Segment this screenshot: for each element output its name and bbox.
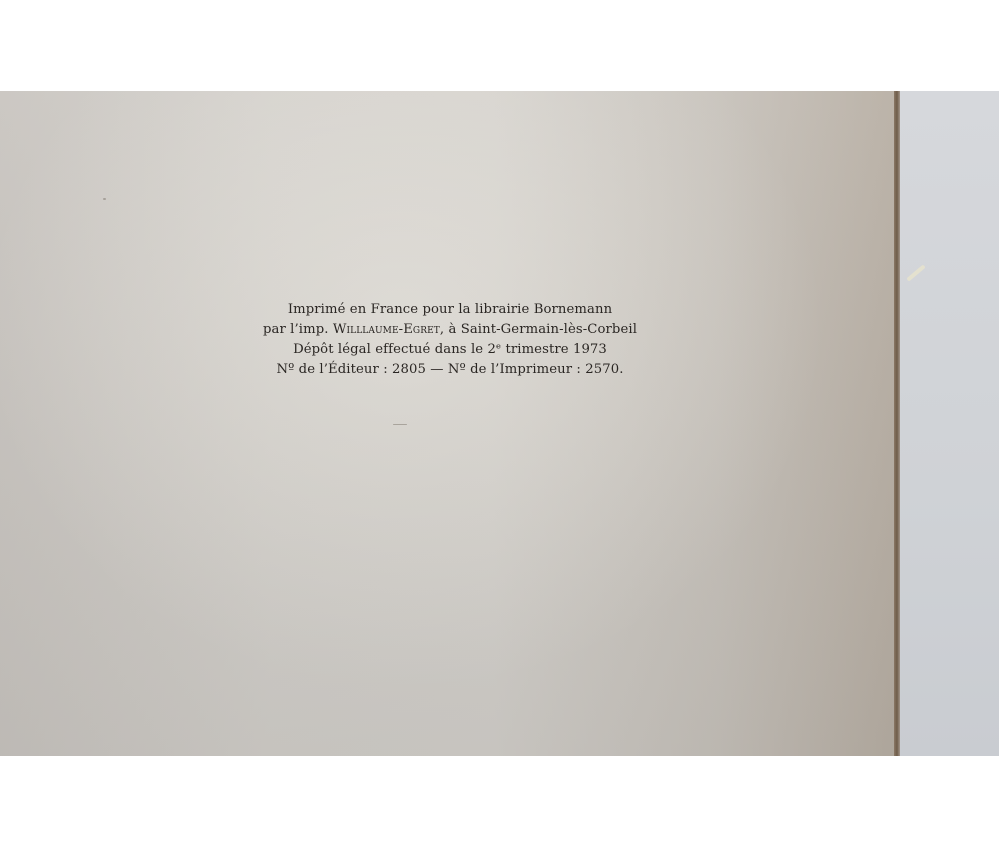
printer-name: Willlaume-Egret (333, 322, 440, 337)
printer-prefix: par l’imp. (263, 322, 333, 337)
colophon-line-printer: par l’imp. Willlaume-Egret, à Saint-Germ… (200, 320, 700, 340)
book-page (0, 91, 898, 756)
paper-speck (393, 424, 407, 425)
book-page-photo: Imprimé en France pour la librairie Born… (0, 91, 999, 756)
printer-location: , à Saint-Germain-lès-Corbeil (440, 322, 637, 337)
colophon-line-legal-deposit: Dépôt légal effectué dans le 2ᵉ trimestr… (200, 340, 700, 360)
colophon-text-block: Imprimé en France pour la librairie Born… (200, 300, 700, 380)
paper-speck (103, 198, 106, 200)
adjacent-page-surface (900, 91, 999, 756)
colophon-line-numbers: Nº de l’Éditeur : 2805 — Nº de l’Imprime… (200, 360, 700, 380)
colophon-line-printed-in-france: Imprimé en France pour la librairie Born… (200, 300, 700, 320)
